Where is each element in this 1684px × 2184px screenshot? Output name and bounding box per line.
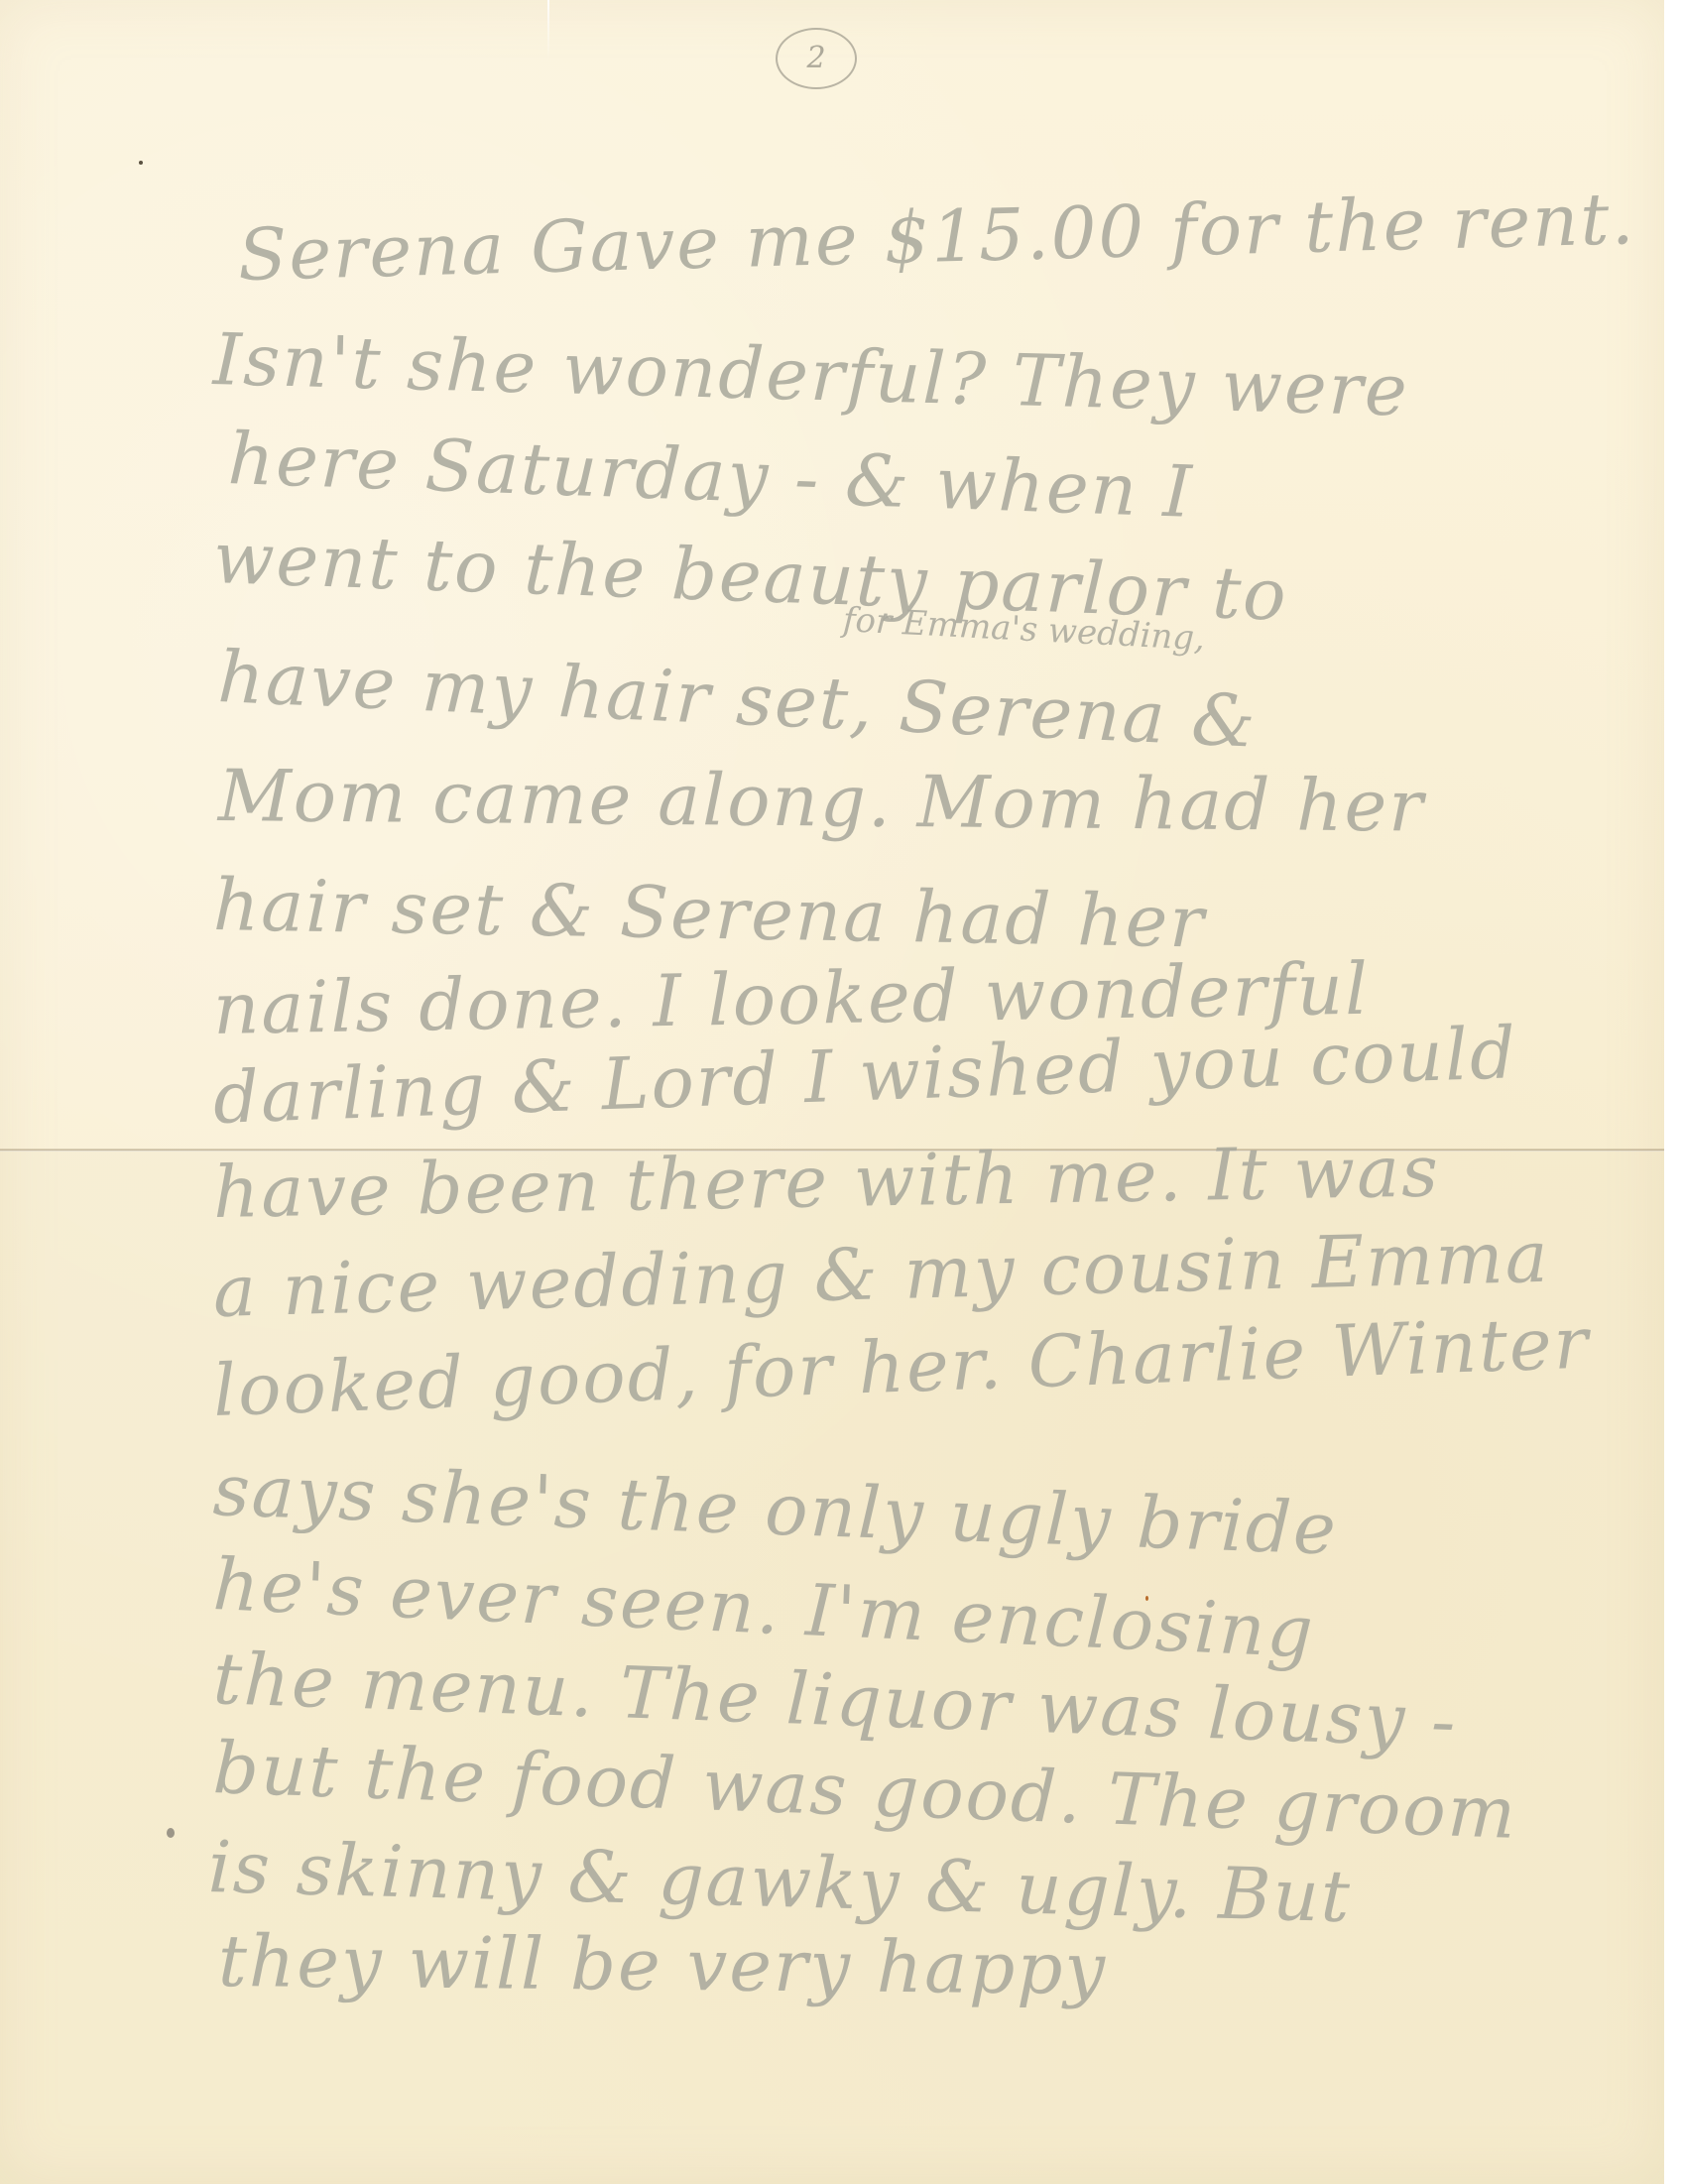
paper-speck [1145, 1596, 1148, 1601]
letter-line-6: Mom came along. Mom had her [218, 754, 1425, 848]
letter-line-7: hair set & Serena had her [212, 863, 1206, 963]
letter-page: 2 Serena Gave me $15.00 for the rent. Is… [0, 0, 1664, 2184]
letter-line-1: Serena Gave me $15.00 for the rent. [237, 177, 1636, 297]
circled-page-number: 2 [776, 28, 857, 89]
letter-line-5: have my hair set, Serena & [216, 635, 1259, 764]
letter-line-2: Isn't she wonderful? They were [212, 317, 1410, 432]
letter-line-18: they will be very happy [218, 1919, 1108, 2010]
vertical-fold-crease [547, 0, 549, 60]
paper-speck [139, 161, 143, 165]
paper-speck [167, 1828, 175, 1838]
letter-line-3: here Saturday - & when I [227, 417, 1195, 534]
